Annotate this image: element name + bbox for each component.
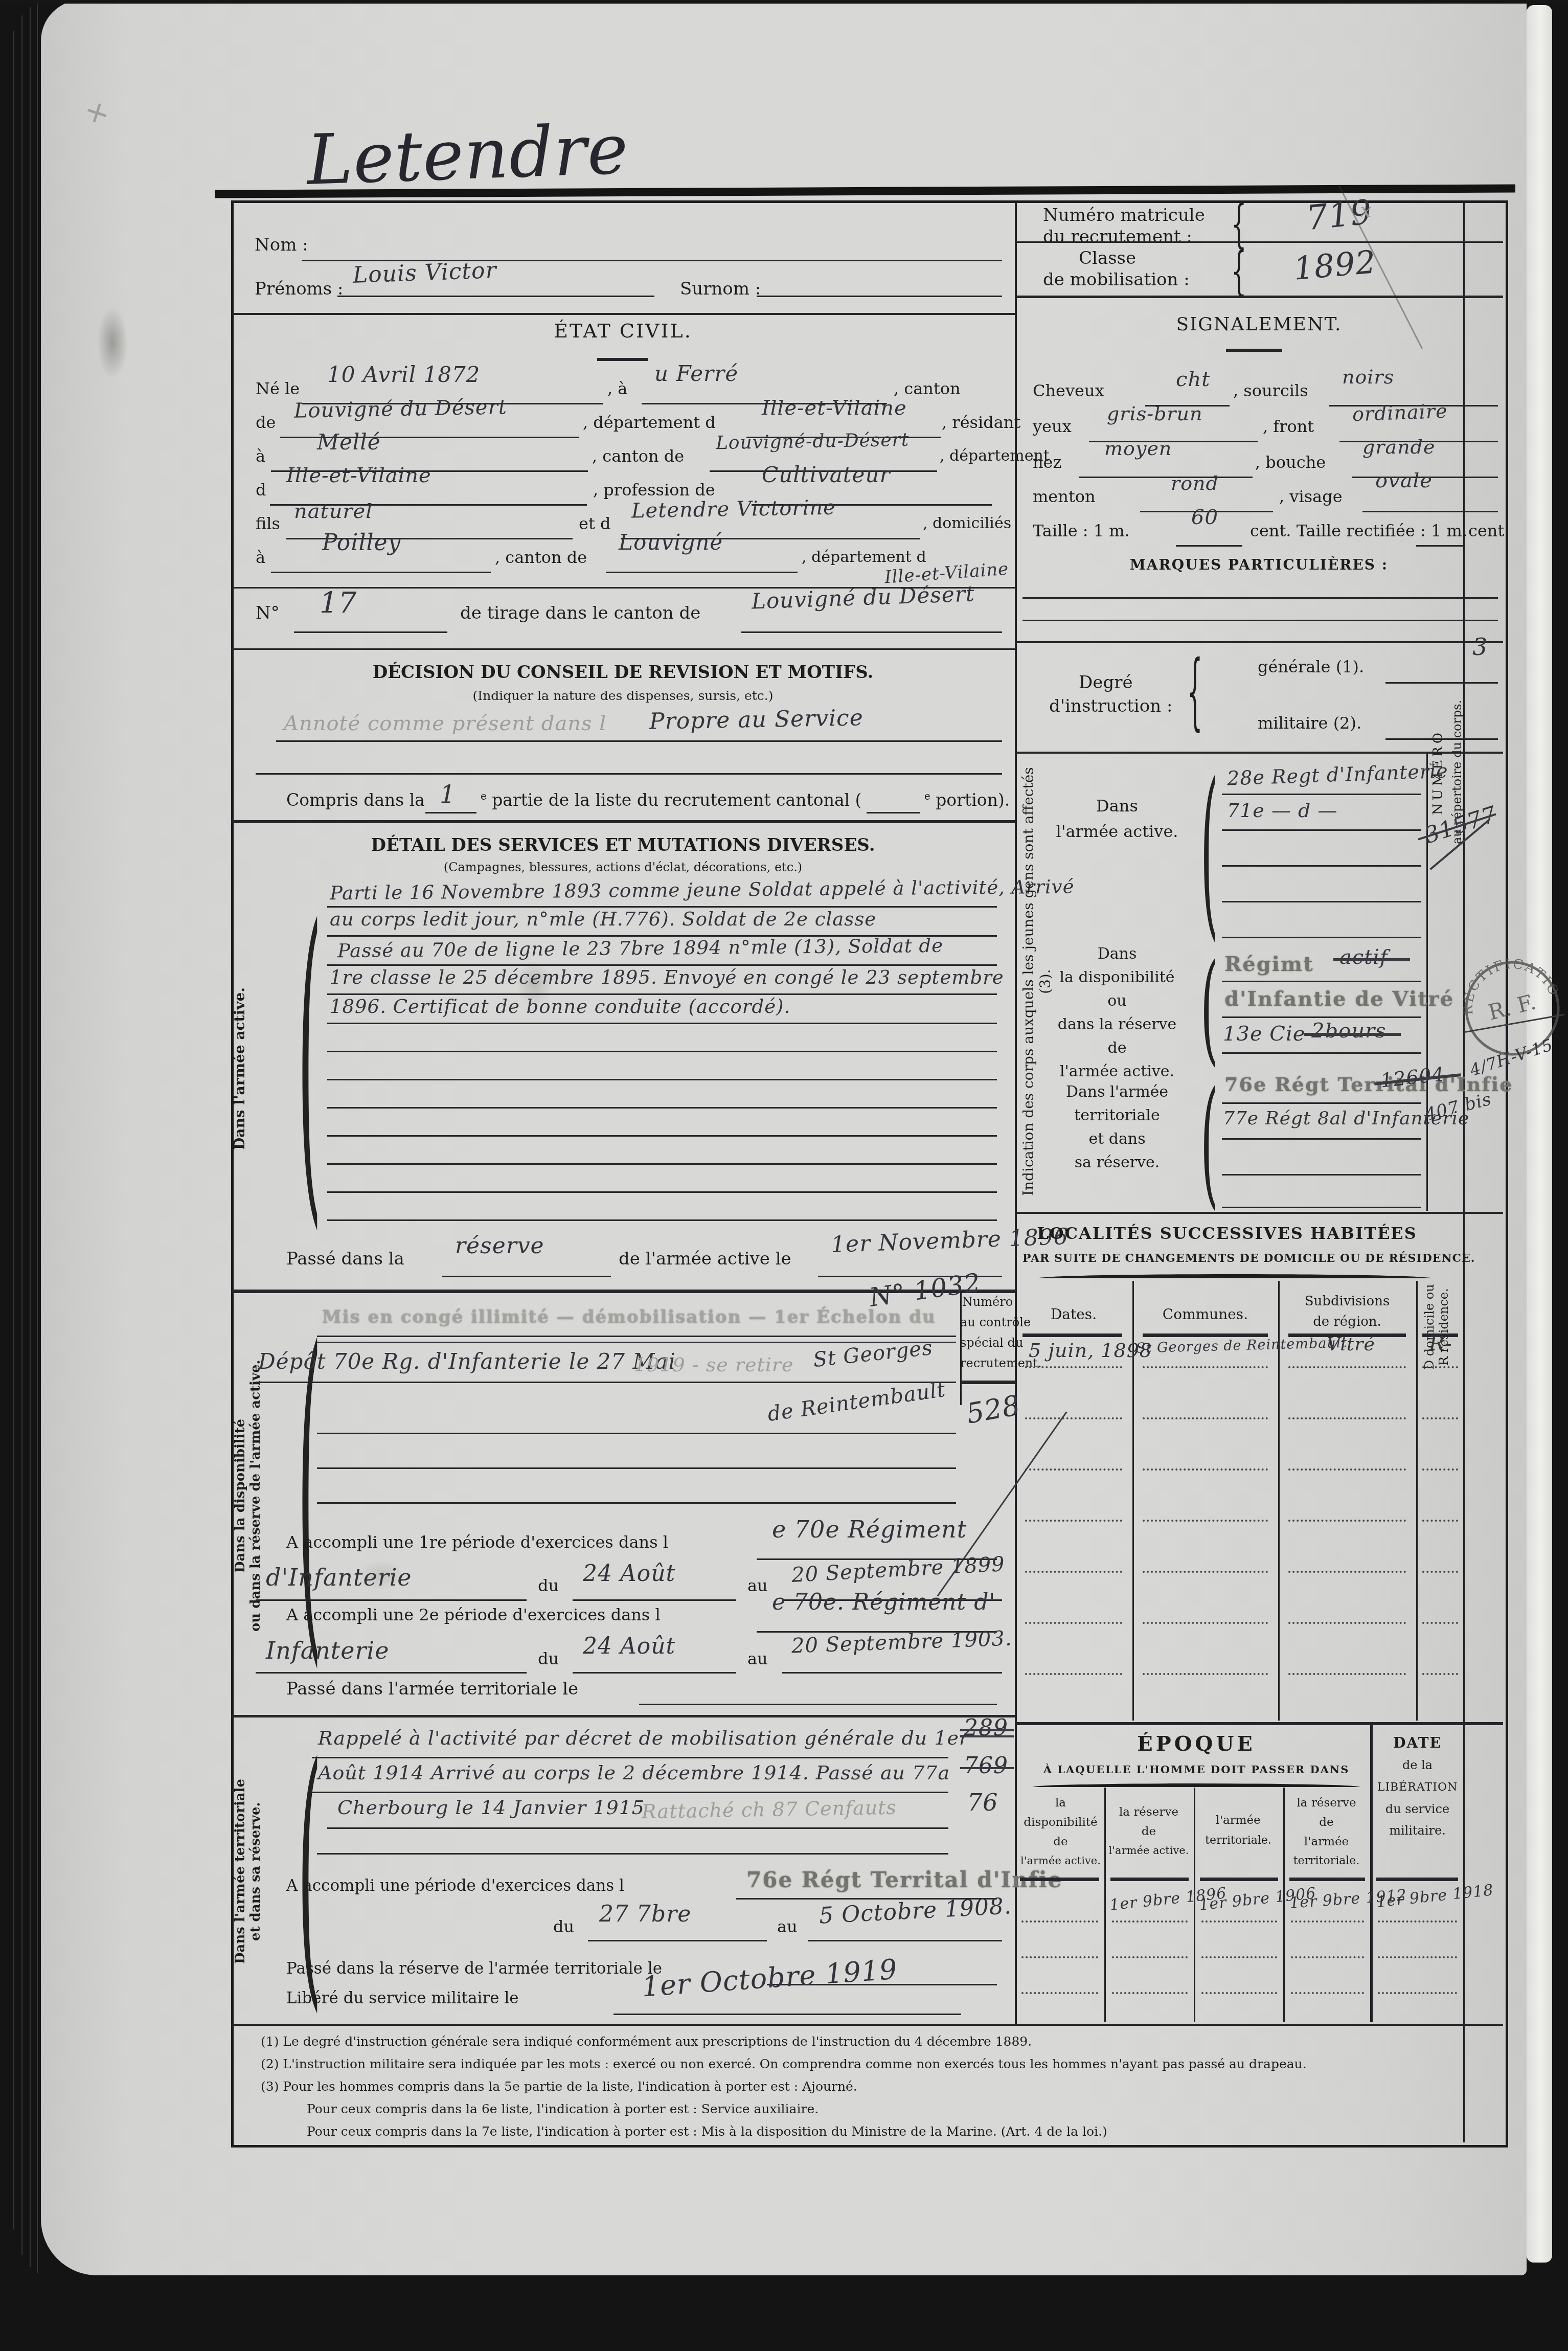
epoque-col-header: de (1108, 1825, 1190, 1838)
controle-header: au contrôle (960, 1316, 1015, 1329)
dispo-label: Dans (1043, 946, 1191, 962)
territorial-regiment-stamp: 76e Régt Territal d'Infie (1224, 1073, 1513, 1096)
field-label: , canton (894, 380, 961, 398)
tirage-label: N° (256, 604, 280, 623)
dotted-line (1288, 1366, 1406, 1368)
field-label: , profession de (593, 482, 715, 499)
menton-value: rond (1171, 473, 1219, 493)
footnote: Pour ceux compris dans la 7e liste, l'in… (307, 2125, 1107, 2138)
x-mark: x (1360, 200, 1372, 221)
ruled-line (317, 1433, 956, 1434)
field-label: , résidant (942, 414, 1020, 432)
dr-header-text: D domicile ou (1422, 1242, 1437, 1411)
compagnie-crossed: 2bours (1311, 1021, 1387, 1041)
date-header: de la (1375, 1759, 1460, 1772)
passe-reserve-value: réserve (455, 1235, 544, 1257)
field-label: Né le (256, 380, 300, 398)
divider-line (1017, 241, 1503, 243)
dotted-line (1201, 1992, 1277, 1994)
compris-number: 1 (440, 782, 456, 807)
ruled-line (317, 1502, 956, 1504)
margin-number: 76 (967, 1791, 998, 1814)
dotted-line (1143, 1417, 1268, 1419)
birthdate-value: 10 Avril 1872 (327, 364, 480, 386)
dotted-line (1143, 1622, 1268, 1624)
brace-glyph: { (1187, 648, 1203, 736)
col-header-dr: D domicile ou R résidence. (1422, 1242, 1451, 1411)
visage-value: ovale (1375, 470, 1433, 491)
periode3-label: A accompli une période d'exercices dans … (286, 1878, 624, 1894)
ruled-line (337, 296, 654, 297)
epoque-col-header: la réserve (1287, 1797, 1366, 1809)
ruled-line (1362, 511, 1498, 512)
ruled-line (276, 740, 1002, 742)
ruled-line (256, 773, 1002, 775)
vitre-regiment-stamp: Régimt (1224, 952, 1314, 976)
taille-value: 60 (1191, 507, 1218, 528)
dotted-line (1291, 1992, 1364, 1994)
depot-note-faint: 1919 - se retire (634, 1355, 794, 1374)
date-header: militaire. (1375, 1824, 1460, 1837)
dispo-label: la disponibilité (1043, 969, 1191, 986)
header-underline (1200, 1878, 1278, 1881)
footnote: Pour ceux compris dans la 6e liste, l'in… (307, 2103, 819, 2116)
territoriale-label: et dans (1043, 1131, 1191, 1147)
ruled-line (1222, 1207, 1421, 1208)
main-column-divider (1015, 203, 1017, 2024)
firstnames-value: Louis Victor (352, 259, 497, 287)
ruled-line (1222, 829, 1421, 831)
services-entry: 1re classe le 25 décembre 1895. Envoyé e… (330, 968, 1004, 987)
divider-line (1017, 296, 1503, 298)
field-label: nez (1033, 454, 1061, 471)
page-stack-line (30, 7, 31, 2267)
services-side-label: Dans l'armée active. (231, 900, 248, 1237)
classe-label: Classe (1079, 250, 1136, 268)
ruled-line (327, 1023, 997, 1024)
dotted-line (1288, 1571, 1406, 1573)
page-stack-line (13, 31, 14, 2229)
dotted-line (1422, 1622, 1458, 1624)
epoque-col-header: l'armée active. (1018, 1855, 1103, 1866)
ruled-line (312, 1757, 948, 1758)
ruled-line (808, 1940, 1002, 1941)
dotted-line (1025, 1468, 1122, 1471)
demobilisation-stamp: Mis en congé illimité — démobilisation —… (322, 1307, 936, 1327)
compagnie-entry: 13e Cie (1223, 1024, 1305, 1044)
degre-label: d'instruction : (1049, 697, 1172, 716)
dotted-line (1021, 1992, 1098, 1994)
epoque-title: ÉPOQUE (1028, 1733, 1365, 1755)
divider-line (1017, 1212, 1503, 1214)
signalement-title: SIGNALEMENT. (1015, 315, 1503, 334)
ruled-line (1176, 545, 1242, 547)
dotted-line (1288, 1673, 1406, 1675)
field-label: , sourcils (1233, 382, 1308, 400)
armee-active-label: l'armée active. (1043, 823, 1191, 841)
services-subtitle: (Campagnes, blessures, actions d'éclat, … (231, 861, 1015, 874)
scan-top-edge (0, 0, 1568, 4)
du-label: du (538, 1577, 559, 1595)
ruled-line (327, 1219, 997, 1221)
right-inner-border (1463, 203, 1465, 2142)
ruled-line (639, 1704, 997, 1705)
services-title: DÉTAIL DES SERVICES ET MUTATIONS DIVERSE… (231, 837, 1015, 855)
date-column-line (1370, 1725, 1373, 2022)
title-underline (597, 358, 648, 361)
field-label: de (256, 414, 276, 432)
cheveux-value: cht (1176, 369, 1210, 390)
marques-title: MARQUES PARTICULIÈRES : (1015, 557, 1503, 572)
ruled-line (327, 964, 997, 966)
sup-e: e (924, 790, 930, 802)
strike-line (1304, 1033, 1401, 1036)
field-label: d (256, 482, 266, 499)
divider-line (231, 648, 1015, 650)
dotted-line (1422, 1571, 1458, 1573)
field-label: à (256, 549, 265, 567)
scanned-register-sheet: + Letendre Nom : Prénoms : Louis Victor … (0, 0, 1568, 2351)
ruled-line (317, 1336, 956, 1337)
ruled-line (327, 1107, 997, 1109)
field-label: et d (579, 515, 610, 533)
tirage-number: 17 (320, 589, 357, 618)
dotted-line (1288, 1622, 1406, 1624)
epoque-col-header: de (1018, 1836, 1103, 1848)
periode2-value: e 70e. Régiment d' (772, 1591, 995, 1614)
dotted-line (1422, 1673, 1458, 1675)
filiation-value: naturel (294, 501, 373, 522)
periode1-label: A accompli une 1re période d'exercices d… (286, 1534, 668, 1551)
header-underline (1143, 1333, 1268, 1337)
col-header-subdiv: Subdivisions (1281, 1295, 1414, 1308)
epoque-col-header: l'armée (1287, 1836, 1366, 1848)
col-header-dates: Dates. (1017, 1307, 1130, 1322)
ruled-line (1222, 794, 1421, 795)
field-label: yeux (1033, 418, 1072, 436)
cent-label: cent. (1468, 523, 1510, 540)
field-label: , canton de (495, 549, 587, 567)
dotted-line (1143, 1366, 1268, 1368)
services-entry: 1896. Certificat de bonne conduite (acco… (330, 997, 790, 1016)
ruled-line (1222, 1102, 1421, 1104)
dotted-line (1422, 1468, 1458, 1471)
ruled-line (1222, 981, 1421, 982)
passe-territoriale-label: Passé dans l'armée territoriale le (286, 1680, 578, 1699)
dotted-line (1112, 1956, 1188, 1958)
active-corps-entry: 71e — d — (1227, 801, 1337, 820)
services-entry: Passé au 70e de ligne le 23 7bre 1894 n°… (337, 936, 943, 960)
ruled-line (425, 812, 476, 813)
ruled-line (256, 1672, 527, 1674)
epoque-col-header: la (1018, 1797, 1103, 1809)
bouche-value: grande (1362, 437, 1435, 457)
ruled-line (1222, 1016, 1421, 1018)
epoque-col-header: de (1287, 1816, 1366, 1828)
ruled-line (741, 631, 1002, 633)
section-brace: ( (1200, 947, 1218, 1073)
du-label: du (538, 1651, 559, 1668)
ruled-line (317, 1342, 956, 1343)
services-entry: au corps ledit jour, n°mle (H.776). Sold… (330, 910, 876, 929)
field-label: , département d (583, 414, 716, 432)
dotted-line (1025, 1520, 1122, 1522)
dotted-line (1378, 1920, 1457, 1923)
field-label: , front (1263, 418, 1314, 436)
page-stack-line (21, 15, 22, 2255)
dotted-line (1201, 1956, 1277, 1958)
strike-line (1333, 958, 1410, 961)
du-label: du (553, 1918, 574, 1936)
dotted-line (1143, 1468, 1268, 1471)
divider-line (231, 313, 1015, 315)
dotted-line (1025, 1366, 1122, 1368)
surname-script-value: Letendre (306, 115, 630, 195)
territoriale-label: territoriale (1043, 1107, 1191, 1124)
ruled-line (1416, 545, 1465, 547)
rattache-note-faint: Rattaché ch 87 Cenfauts (642, 1798, 897, 1822)
section-brace: ( (298, 882, 322, 1243)
residence-canton-value: Louvigné-du-Désert (716, 431, 910, 453)
dotted-line (1025, 1622, 1122, 1624)
nez-value: moyen (1104, 439, 1172, 458)
field-label: , canton de (592, 448, 684, 465)
au-label: au (747, 1577, 768, 1595)
ruled-line (271, 572, 491, 573)
territoriale-label: sa réserve. (1043, 1155, 1191, 1171)
taille-rect-label: cent. Taille rectifiée : 1 m. (1250, 523, 1467, 540)
field-label: fils (256, 515, 280, 533)
compris-text: partie de la liste du recrutement canton… (492, 790, 861, 810)
au-label: au (777, 1918, 798, 1936)
epoque-col-header: la réserve (1108, 1806, 1190, 1818)
ruled-line (606, 572, 798, 573)
col-header-communes: Communes. (1135, 1307, 1276, 1322)
dispo-label: ou (1043, 993, 1191, 1009)
ruled-line (588, 1940, 767, 1941)
passe-reserve-label: de l'armée active le (619, 1250, 791, 1269)
date-header: LIBÉRATION (1375, 1781, 1460, 1793)
dotted-line (1422, 1417, 1458, 1419)
sup-e: e (481, 790, 487, 802)
footnote: (2) L'instruction militaire sera indiqué… (261, 2058, 1307, 2071)
ruled-line (782, 1672, 1002, 1674)
yeux-value: gris-brun (1107, 404, 1202, 423)
birth-dept-value: Ille-et-Vilaine (762, 398, 907, 418)
localite-row-subdiv: Vitré (1327, 1336, 1375, 1354)
dotted-line (1021, 1920, 1098, 1923)
divider-line (1017, 1722, 1503, 1725)
field-label: , département d (802, 549, 926, 566)
decision-subtitle: (Indiquer la nature des dispenses, sursi… (231, 689, 1015, 703)
territorial-regiment-stamp: 76e Régt Territal d'Infie (746, 1867, 1063, 1892)
ruled-line (327, 1135, 997, 1137)
surname-label: Nom : (255, 236, 308, 255)
periode1-value: e 70e Régiment (772, 1518, 967, 1541)
profession-value: Cultivateur (762, 464, 891, 486)
vitre-regiment-stamp: d'Infantie de Vitré (1224, 987, 1454, 1011)
nickname-label: Surnom : (680, 280, 761, 299)
residence-dept-value: Ille-et-Vilaine (286, 465, 431, 486)
decision-title: DÉCISION DU CONSEIL DE REVISION ET MOTIF… (231, 664, 1015, 682)
matricule-label: du recrutement : (1043, 228, 1192, 246)
side-label-text: Dans l'armée active. (231, 900, 248, 1237)
page-edge-strip (1527, 5, 1552, 2263)
periode2-start: 24 Août (583, 1635, 675, 1658)
divider-line (231, 820, 1015, 823)
tirage-label: de tirage dans le canton de (460, 604, 700, 623)
epoque-col-header: territoriale. (1287, 1855, 1366, 1867)
depot-note: Dépôt 70e Rg. d'Infanterie le 27 Mai (258, 1351, 676, 1372)
side-label-text: Dans la disponibilité (233, 1309, 248, 1682)
matricule-label: Numéro matricule (1043, 207, 1205, 225)
margin-number-crossed: 769 (964, 1755, 1008, 1777)
epoque-subtitle: À LAQUELLE L'HOMME DOIT PASSER DANS (1028, 1764, 1365, 1775)
field-label: , domiciliés (923, 515, 1011, 532)
dotted-line (1143, 1673, 1268, 1675)
column-line (1104, 1788, 1106, 2022)
side-label-text: et dans sa réserve. (248, 1733, 263, 2009)
ruled-line (1222, 1052, 1421, 1054)
generale-label: générale (1). (1258, 659, 1364, 676)
dotted-line (1112, 1920, 1188, 1923)
ruled-line (256, 1382, 956, 1383)
compris-text: portion). (936, 790, 1010, 810)
ruled-line (757, 296, 1002, 297)
col-header-subdiv: de région. (1281, 1315, 1414, 1329)
localite-row-date: 5 juin, 1898 (1029, 1341, 1152, 1360)
birth-canton-value: Louvigné du Désert (294, 397, 507, 421)
ruled-line (327, 1051, 997, 1052)
front-value: ordinaire (1352, 401, 1448, 424)
ruled-line (1222, 1174, 1421, 1175)
armee-active-label: Dans (1043, 798, 1191, 815)
controle-header: spécial du (960, 1337, 1015, 1349)
localite-row-dr: R- (1429, 1333, 1452, 1354)
domicile-canton-value: Louvigné (619, 532, 723, 553)
etat-civil-title: ÉTAT CIVIL. (231, 321, 1015, 342)
dotted-line (1378, 1956, 1457, 1958)
ruled-line (1022, 597, 1498, 599)
actif-crossed: actif (1339, 947, 1388, 967)
ruled-line (1222, 937, 1421, 938)
ruled-line (442, 1276, 611, 1277)
epoque-col-header: disponibilité (1018, 1816, 1103, 1828)
column-line (1416, 1281, 1418, 1721)
dotted-line (1288, 1468, 1406, 1471)
dotted-line (1025, 1571, 1122, 1573)
footnote: (1) Le degré d'instruction générale sera… (261, 2035, 1032, 2048)
mobilisation-note: Cherbourg le 14 Janvier 1915 (337, 1798, 645, 1817)
dispo-label: l'armée active. (1043, 1064, 1191, 1080)
field-label: , bouche (1255, 454, 1326, 471)
ruled-line (867, 812, 920, 813)
residence-value: Mellé (317, 432, 381, 453)
militaire-label: militaire (2). (1258, 715, 1361, 732)
ruled-line (1222, 865, 1421, 867)
periode3-start: 27 7bre (599, 1903, 691, 1926)
localites-title: LOCALITÉS SUCCESSIVES HABITÉES (1022, 1225, 1431, 1242)
section-brace: ( (1200, 1072, 1218, 1217)
epoque-col-header: territoriale. (1197, 1835, 1279, 1846)
controle-header: recrutement. (960, 1357, 1015, 1370)
ruled-line (317, 1467, 956, 1469)
libere-label: Libéré du service militaire le (286, 1990, 519, 2007)
mobilisation-note: Août 1914 Arrivé au corps le 2 décembre … (318, 1763, 950, 1782)
dotted-line (1378, 1992, 1457, 1994)
ruled-line (294, 631, 447, 633)
dotted-line (1288, 1417, 1406, 1419)
header-underline (1289, 1878, 1365, 1881)
dispo-label: de (1043, 1040, 1191, 1056)
header-underline (1376, 1878, 1458, 1881)
ruled-line (573, 1599, 736, 1601)
ruled-line (327, 1163, 997, 1165)
territoriale-label: Dans l'armée (1043, 1084, 1191, 1100)
firstnames-label: Prénoms : (255, 280, 344, 299)
ruled-line (327, 1079, 997, 1080)
header-underline (1020, 1878, 1099, 1881)
brace-glyph: { (1231, 244, 1247, 299)
ruled-line (573, 1672, 736, 1674)
dotted-line (1143, 1571, 1268, 1573)
dotted-line (1201, 1920, 1277, 1923)
footnote: (3) Pour les hommes compris dans la 5e p… (261, 2080, 857, 2093)
ruled-line (256, 1599, 527, 1601)
page-stack-line (37, 3, 38, 2273)
controle-underline (960, 1381, 1015, 1384)
date-header: DATE (1375, 1735, 1460, 1750)
periode1-corps: d'Infanterie (266, 1566, 412, 1589)
ruled-line (613, 2014, 961, 2015)
epoque-col-header: l'armée active. (1108, 1845, 1190, 1856)
ruled-line (1222, 1138, 1421, 1140)
au-label: au (747, 1651, 768, 1668)
ruled-line (312, 1792, 948, 1793)
ruled-line (317, 1853, 948, 1855)
paper-smudge (97, 307, 128, 378)
side-label-text: Dans l'armée territoriale (233, 1733, 248, 2009)
date-header: du service (1375, 1803, 1460, 1816)
passe-reserve-terr-label: Passé dans la réserve de l'armée territo… (286, 1960, 662, 1977)
periode2-label: A accompli une 2e période d'exercices da… (286, 1607, 661, 1624)
ruled-line (327, 906, 997, 908)
dotted-line (1021, 1956, 1098, 1958)
compris-label: e partie de la liste du recrutement cant… (481, 792, 862, 809)
dotted-line (1291, 1956, 1364, 1958)
sourcils-value: noirs (1342, 367, 1394, 387)
compris-label: e portion). (924, 792, 1010, 809)
periode2-corps: Infanterie (266, 1639, 390, 1662)
classe-label: de mobilisation : (1043, 271, 1190, 289)
dotted-line (1422, 1520, 1458, 1522)
controle-header: Numéro (960, 1296, 1015, 1308)
strike-line (960, 1729, 1014, 1731)
degre-label: Degré (1079, 674, 1133, 692)
dotted-line (1422, 1366, 1458, 1368)
divider-line (1017, 641, 1503, 643)
dispo-label: dans la réserve (1043, 1016, 1191, 1033)
field-label: , à (607, 380, 627, 398)
ruled-line (1079, 477, 1253, 478)
header-underline (1110, 1878, 1189, 1881)
dotted-line (1025, 1417, 1122, 1419)
footnote-separator (231, 2024, 1503, 2026)
classe-value: 1892 (1292, 246, 1378, 285)
dr-header-text: R résidence. (1437, 1242, 1451, 1411)
ruled-line (1222, 901, 1421, 902)
title-underline (1226, 349, 1282, 352)
